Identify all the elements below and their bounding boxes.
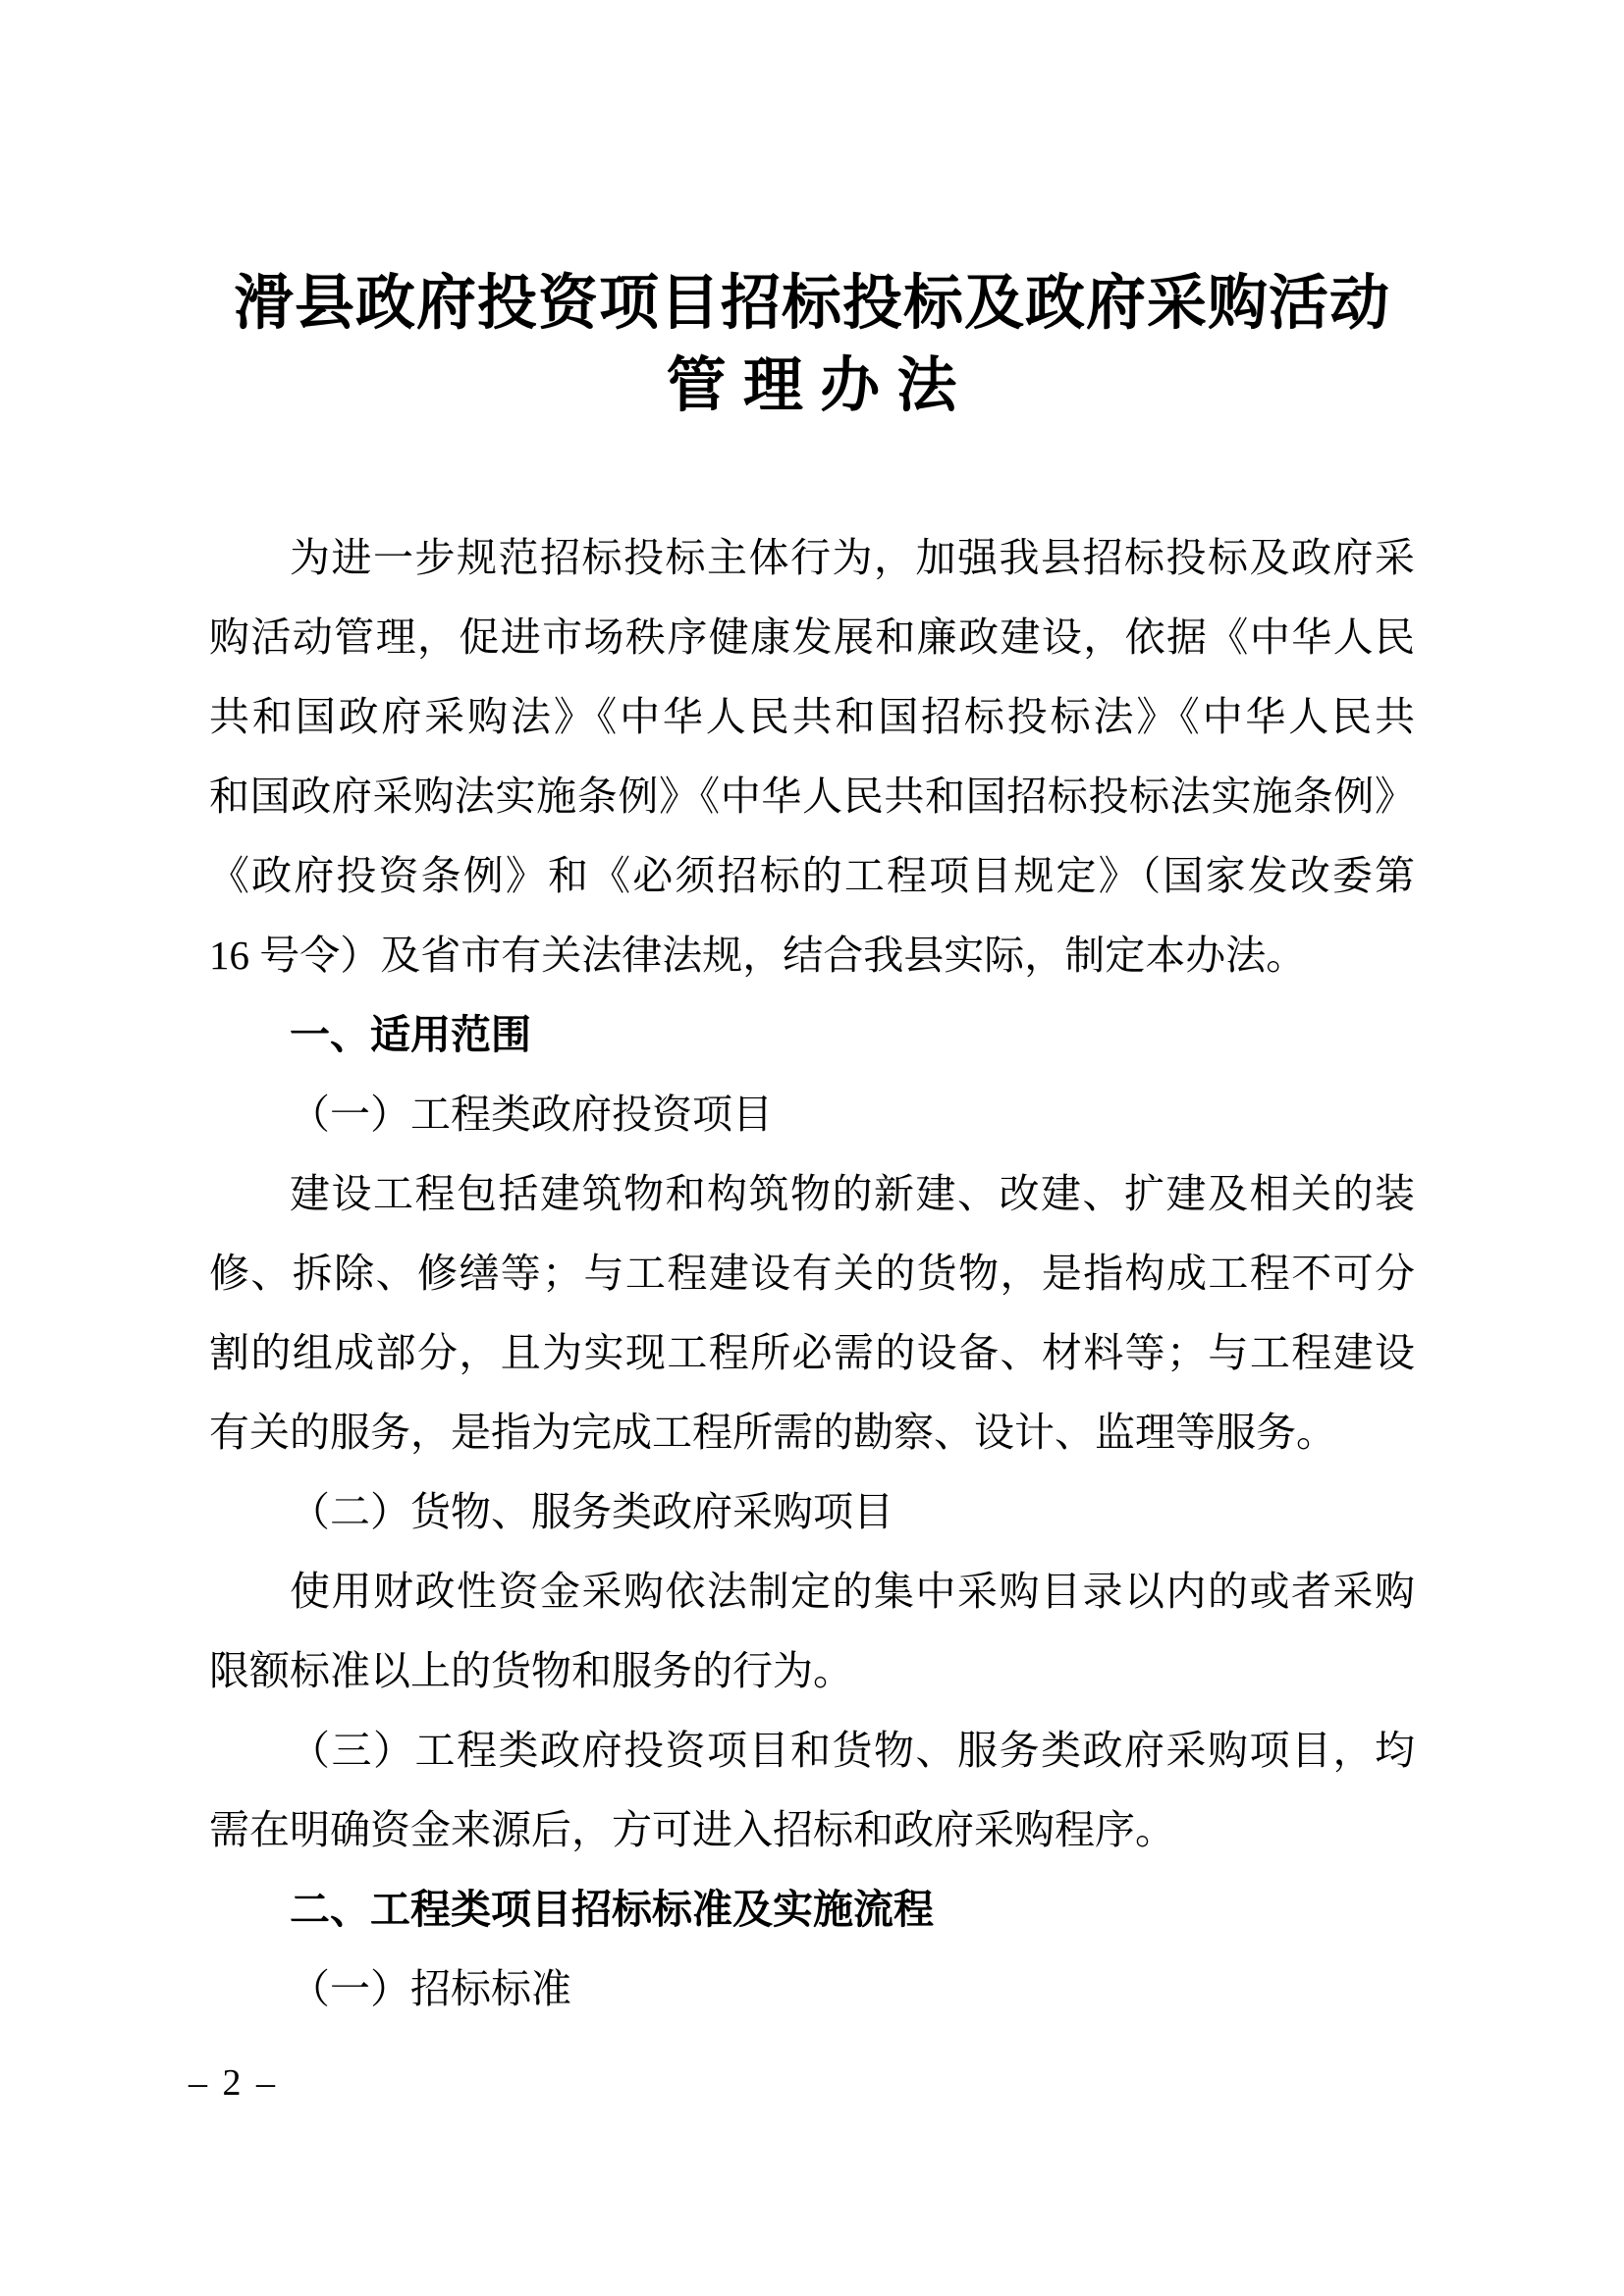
section-heading: 二、工程类项目招标标准及实施流程 xyxy=(209,1870,1415,1949)
body-line: 16 号令）及省市有关法律法规，结合我县实际，制定本办法。 xyxy=(209,916,1415,995)
document-title: 滑县政府投资项目招标投标及政府采购活动 管 理 办 法 xyxy=(209,263,1415,428)
paragraph-intro: 为进一步规范招标投标主体行为，加强我县招标投标及政府采 购活动管理，促进市场秩序… xyxy=(209,518,1415,995)
body-line: 为进一步规范招标投标主体行为，加强我县招标投标及政府采 xyxy=(209,518,1415,598)
page-number: – 2 – xyxy=(189,2059,278,2107)
paragraph-procurement-scope: 使用财政性资金采购依法制定的集中采购目录以内的或者采购 限额标准以上的货物和服务… xyxy=(209,1552,1415,1711)
body-line: （三）工程类政府投资项目和货物、服务类政府采购项目，均 xyxy=(209,1711,1415,1790)
paragraph-item-1-3: （三）工程类政府投资项目和货物、服务类政府采购项目，均 需在明确资金来源后，方可… xyxy=(209,1711,1415,1870)
body-line: 需在明确资金来源后，方可进入招标和政府采购程序。 xyxy=(209,1790,1415,1870)
body-line: （一）工程类政府投资项目 xyxy=(209,1075,1415,1154)
document-title-line2: 管 理 办 法 xyxy=(209,346,1415,428)
body-line: 割的组成部分，且为实现工程所必需的设备、材料等；与工程建设 xyxy=(209,1313,1415,1393)
section-heading-1: 一、适用范围 xyxy=(209,995,1415,1075)
body-line: 共和国政府采购法》《中华人民共和国招标投标法》《中华人民共 xyxy=(209,677,1415,757)
section-heading-2: 二、工程类项目招标标准及实施流程 xyxy=(209,1870,1415,1949)
paragraph-item-2-1: （一）招标标准 xyxy=(209,1949,1415,2029)
paragraph-item-1-1: （一）工程类政府投资项目 xyxy=(209,1075,1415,1154)
paragraph-construction-scope: 建设工程包括建筑物和构筑物的新建、改建、扩建及相关的装 修、拆除、修缮等；与工程… xyxy=(209,1154,1415,1472)
body-line: 有关的服务，是指为完成工程所需的勘察、设计、监理等服务。 xyxy=(209,1393,1415,1472)
document-title-line1: 滑县政府投资项目招标投标及政府采购活动 xyxy=(209,263,1415,346)
document-body: 为进一步规范招标投标主体行为，加强我县招标投标及政府采 购活动管理，促进市场秩序… xyxy=(209,518,1415,2029)
body-line: 和国政府采购法实施条例》《中华人民共和国招标投标法实施条例》 xyxy=(209,757,1415,836)
body-line: 使用财政性资金采购依法制定的集中采购目录以内的或者采购 xyxy=(209,1552,1415,1631)
document-page: 滑县政府投资项目招标投标及政府采购活动 管 理 办 法 为进一步规范招标投标主体… xyxy=(0,0,1624,2296)
body-line: 修、拆除、修缮等；与工程建设有关的货物，是指构成工程不可分 xyxy=(209,1234,1415,1313)
body-line: 购活动管理，促进市场秩序健康发展和廉政建设，依据《中华人民 xyxy=(209,598,1415,677)
section-heading: 一、适用范围 xyxy=(209,995,1415,1075)
body-line: （二）货物、服务类政府采购项目 xyxy=(209,1472,1415,1552)
body-line: 限额标准以上的货物和服务的行为。 xyxy=(209,1631,1415,1711)
paragraph-item-1-2: （二）货物、服务类政府采购项目 xyxy=(209,1472,1415,1552)
body-line: （一）招标标准 xyxy=(209,1949,1415,2029)
body-line: 建设工程包括建筑物和构筑物的新建、改建、扩建及相关的装 xyxy=(209,1154,1415,1234)
body-line: 《政府投资条例》和《必须招标的工程项目规定》（国家发改委第 xyxy=(209,836,1415,916)
